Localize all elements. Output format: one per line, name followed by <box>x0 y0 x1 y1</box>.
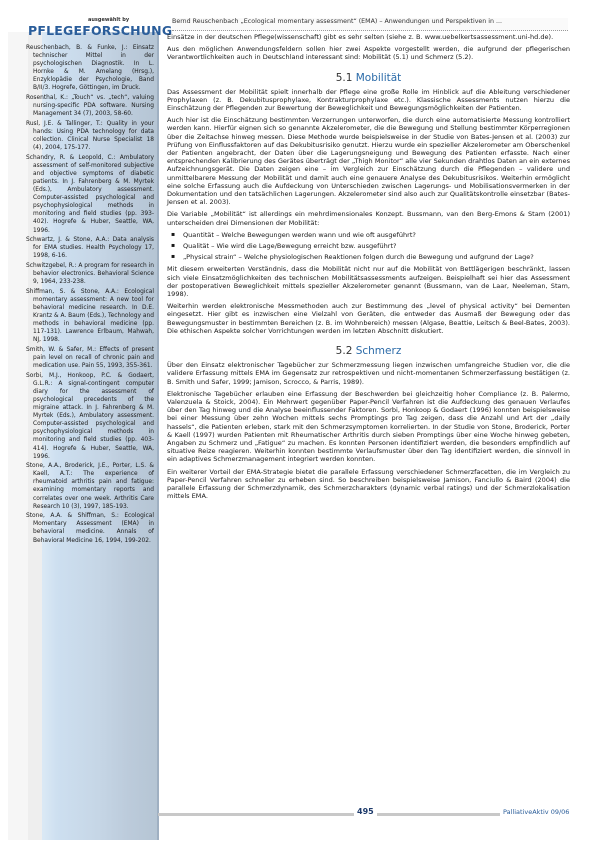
dimension-list: Quantität – Welche Bewegungen werden wan… <box>167 231 570 262</box>
list-item: „Physical strain“ – Welche physiologisch… <box>177 253 570 261</box>
reference-list: Reuschenbach, B. & Funke, J.: Einsatz te… <box>26 44 154 546</box>
reference-item: Rosenthal, K.: „Touch“ vs. „tech“, valui… <box>26 94 154 118</box>
section-number: 5.2 <box>336 345 353 357</box>
section-title: Mobilität <box>356 72 402 84</box>
footer-rule <box>158 813 500 816</box>
reference-item: Stone, A.A. & Shiffman, S.: Ecological M… <box>26 512 154 544</box>
reference-item: Sorbi, M.J., Honkoop, P.C. & Godaert, G.… <box>26 372 154 461</box>
journal-issue: PalliativeAktiv 09/06 <box>503 808 569 816</box>
body-paragraph: Über den Einsatz elektronischer Tagebüch… <box>167 361 570 386</box>
reference-item: Rusl, J.E. & Tallinger, T.: Quality in y… <box>26 120 154 152</box>
running-head: Bernd Reuschenbach „Ecological momentary… <box>172 18 568 31</box>
body-paragraph: Auch hier ist die Einschätzung bestimmte… <box>167 116 570 206</box>
journal-logo: ausgewählt by PFLEGEFORSCHUNG <box>28 23 172 39</box>
section-heading-schmerz: 5.2 Schmerz <box>167 345 570 358</box>
reference-item: Schwitzgebel, R.: A program for research… <box>26 262 154 286</box>
section-number: 5.1 <box>336 72 353 84</box>
reference-item: Reuschenbach, B. & Funke, J.: Einsatz te… <box>26 44 154 93</box>
intro-paragraph: Aus den möglichen Anwendungsfeldern soll… <box>167 45 570 61</box>
reference-item: Schwartz, J. & Stone, A.A.: Data analysi… <box>26 236 154 260</box>
page-number: 495 <box>354 807 377 816</box>
reference-item: Schandry, R. & Leopold, C.: Ambulatory a… <box>26 154 154 235</box>
section-heading-mobilitaet: 5.1 Mobilität <box>167 72 570 85</box>
article-body: Einsätze in der deutschen Pflege(wissens… <box>167 33 570 504</box>
reference-item: Stone, A.A., Broderick, J.E., Porter, L.… <box>26 462 154 511</box>
list-item: Qualität – Wie wird die Lage/Bewegung er… <box>177 242 570 250</box>
body-paragraph: Elektronische Tagebücher erlauben eine E… <box>167 390 570 464</box>
body-paragraph: Mit diesem erweiterten Verständnis, dass… <box>167 265 570 298</box>
body-paragraph: Die Variable „Mobilität“ ist allerdings … <box>167 210 570 226</box>
reference-item: Smith, W. & Safer, M.: Effects of presen… <box>26 346 154 370</box>
reference-item: Shiffman, S. & Stone, A.A.: Ecological m… <box>26 288 154 345</box>
logo-text: PFLEGEFORSCHUNG <box>28 23 172 38</box>
logo-superscript: ausgewählt by <box>88 17 129 23</box>
list-item: Quantität – Welche Bewegungen werden wan… <box>177 231 570 239</box>
intro-paragraph: Einsätze in der deutschen Pflege(wissens… <box>167 33 570 41</box>
body-paragraph: Das Assessment der Mobilität spielt inne… <box>167 88 570 113</box>
body-paragraph: Weiterhin werden elektronische Messmetho… <box>167 302 570 335</box>
body-paragraph: Ein weiterer Vorteil der EMA-Strategie b… <box>167 468 570 501</box>
section-title: Schmerz <box>356 345 402 357</box>
